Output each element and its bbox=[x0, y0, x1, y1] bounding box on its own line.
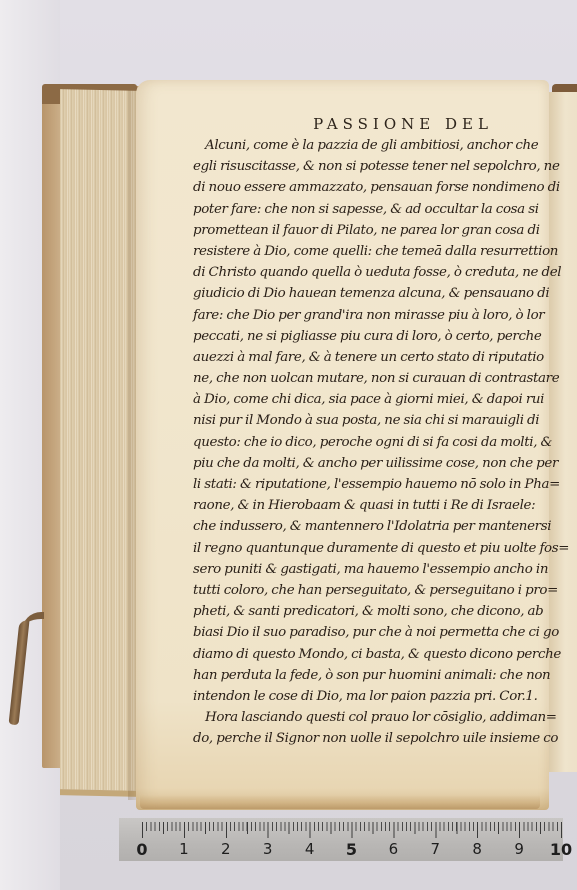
text-line: Alcuni, come è la pazzia de gli ambitios… bbox=[193, 135, 525, 156]
text-line: giudicio di Dio hauean temenza alcuna, &… bbox=[193, 283, 525, 304]
ruler-label: 2 bbox=[221, 840, 231, 858]
text-line: che indussero, & mantennero l'Idolatria … bbox=[193, 516, 525, 537]
text-line: à Dio, come chi dica, sia pace à giorni … bbox=[193, 389, 525, 410]
text-line: nisi pur il Mondo à sua posta, ne sia ch… bbox=[193, 410, 525, 431]
ruler-label: 10 bbox=[550, 840, 572, 859]
ruler-label: 7 bbox=[431, 840, 441, 858]
running-head: PASSIONE DEL bbox=[273, 113, 533, 135]
text-line: pheti, & santi predicatori, & molti sono… bbox=[193, 601, 525, 622]
text-line: il regno quantunque duramente di questo … bbox=[193, 538, 525, 559]
text-line: biasi Dio il suo paradiso, pur che à noi… bbox=[193, 622, 525, 643]
text-line: diamo di questo Mondo, ci basta, & quest… bbox=[193, 644, 525, 665]
text-line: peccati, ne si pigliasse piu cura di lor… bbox=[193, 326, 525, 347]
text-line: egli risuscitasse, & non si potesse tene… bbox=[193, 156, 525, 177]
text-line: tutti coloro, che han perseguitato, & pe… bbox=[193, 580, 525, 601]
text-line: poter fare: che non si sapesse, & ad occ… bbox=[193, 199, 525, 220]
text-line: auezzi à mal fare, & à tenere un certo s… bbox=[193, 347, 525, 368]
text-line: han perduta la fede, ò son pur huomini a… bbox=[193, 665, 525, 686]
ruler-label: 8 bbox=[472, 840, 482, 858]
ruler-label: 6 bbox=[389, 840, 399, 858]
ruler-half-cm-ticks bbox=[163, 822, 563, 834]
text-line: di nouo essere ammazzato, pensauan forse… bbox=[193, 177, 525, 198]
text-line: raone, & in Hierobaam & quasi in tutti i… bbox=[193, 495, 525, 516]
ruler-label: 1 bbox=[179, 840, 189, 858]
text-line: ne, che non uolcan mutare, non si curaua… bbox=[193, 368, 525, 389]
ruler-label: 4 bbox=[305, 840, 315, 858]
text-line: questo: che io dico, peroche ogni di si … bbox=[193, 432, 525, 453]
text-line: sero puniti & gastigati, ma hauemo l'ess… bbox=[193, 559, 525, 580]
text-line: li stati: & riputatione, l'essempio haue… bbox=[193, 474, 525, 495]
ruler-label: 5 bbox=[346, 840, 357, 859]
text-line: do, perche il Signor non uolle il sepolc… bbox=[193, 728, 525, 749]
ruler-label: 9 bbox=[514, 840, 524, 858]
text-line: piu che da molti, & ancho per uilissime … bbox=[193, 453, 525, 474]
text-line: promettean il fauor di Pilato, ne parea … bbox=[193, 220, 525, 241]
text-lines: Alcuni, come è la pazzia de gli ambitios… bbox=[193, 135, 533, 749]
page-text-block: PASSIONE DEL Alcuni, come è la pazzia de… bbox=[193, 113, 533, 749]
page-bottom-stain bbox=[140, 795, 540, 809]
text-line: resistere à Dio, come quelli: che temeā … bbox=[193, 241, 525, 262]
text-line: Hora lasciando questi col prauo lor cōsi… bbox=[193, 707, 525, 728]
text-line: di Christo quando quella ò ueduta fosse,… bbox=[193, 262, 525, 283]
text-line: intendon le cose di Dio, ma lor paion pa… bbox=[193, 686, 525, 707]
text-line: fare: che Dio per grand'ira non mirasse … bbox=[193, 305, 525, 326]
ruler-label: 0 bbox=[136, 840, 147, 859]
ruler-label: 3 bbox=[263, 840, 273, 858]
measurement-ruler: 012345678910 bbox=[119, 818, 563, 861]
